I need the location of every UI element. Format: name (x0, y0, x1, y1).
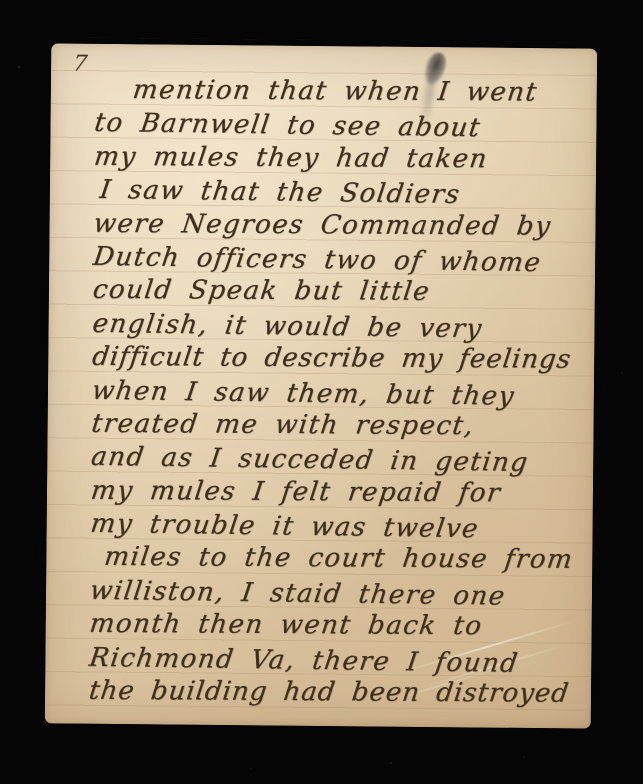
letter-line: miles to the court house from (88, 541, 583, 577)
dust-specks (0, 0, 2, 2)
letter-line: my mules I felt repaid for (89, 475, 584, 511)
letter-line: treated me with respect, (89, 408, 584, 444)
page-number: 7 (72, 52, 89, 77)
letter-line: difficult to describe my feelings (90, 341, 585, 377)
letter-line: my mules they had taken (92, 141, 587, 177)
letter-line: were Negroes Commanded by (91, 207, 586, 243)
letter-line: the building had been distroyed (87, 675, 582, 711)
photo-frame: 7 mention that when I went to Barnwell t… (0, 0, 643, 784)
letter-page: 7 mention that when I went to Barnwell t… (45, 43, 598, 728)
letter-line: could Speak but little (91, 274, 586, 310)
letter-line: month then went back to (88, 608, 583, 644)
letter-text: mention that when I went to Barnwell to … (89, 74, 585, 713)
letter-line: mention that when I went (93, 74, 588, 110)
